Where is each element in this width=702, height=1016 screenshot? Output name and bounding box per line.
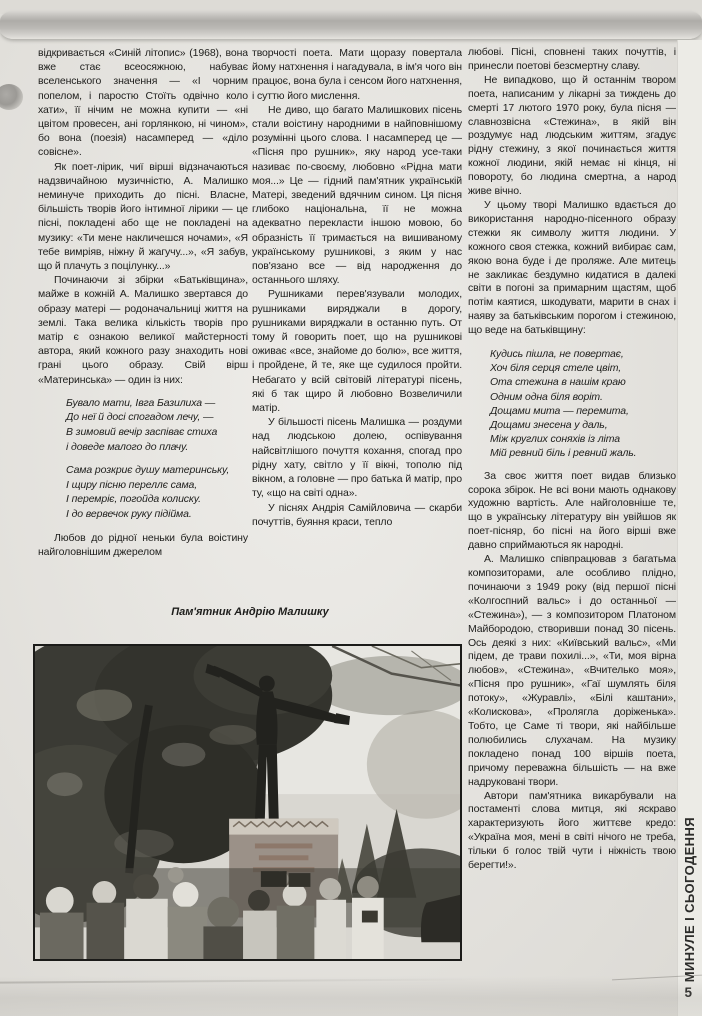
monument-photo xyxy=(33,644,462,961)
paragraph: Не диво, що багато Малишкових пісень ста… xyxy=(252,103,462,288)
paragraph: відкривається «Синій літопис» (1968), во… xyxy=(38,46,248,160)
text-column-3: любові. Пісні, сповнені таких почуттів, … xyxy=(468,46,676,998)
poem-stanza: Сама розкриє душу материнську,І щиру піс… xyxy=(38,463,248,521)
scan-bottom-shadow xyxy=(0,976,702,1016)
scanned-magazine-page: відкривається «Синій літопис» (1968), во… xyxy=(0,0,702,1016)
paragraph: За своє життя поет видав близько сорока … xyxy=(468,470,676,553)
poem-stanza: Кудись пішла, не повертає,Хоч біля серця… xyxy=(468,347,676,461)
paragraph: А. Малишко співпрацював з багатьма компо… xyxy=(468,553,676,789)
paragraph: Не випадково, що й останнім твором поета… xyxy=(468,74,676,199)
text-column-2: творчості поета. Мати щоразу повертала й… xyxy=(252,46,462,602)
section-tab: МИНУЛЕ І СЬОГОДЕННЯ xyxy=(679,825,699,975)
paragraph: творчості поета. Мати щоразу повертала й… xyxy=(252,46,462,103)
paragraph: Починаючи зі збірки «Батьківщина», майже… xyxy=(38,273,248,387)
monument-photo-illustration xyxy=(35,646,460,959)
photo-caption: Пам'ятник Андрію Малишку xyxy=(38,606,462,618)
paragraph: Рушниками перев'язували молодих, рушника… xyxy=(252,287,462,415)
paragraph: любові. Пісні, сповнені таких почуттів, … xyxy=(468,46,676,74)
paragraph: Як поет-лірик, чиї вірші відзначаються н… xyxy=(38,160,248,274)
paragraph: Автори пам'ятника викарбували на постаме… xyxy=(468,790,676,873)
paragraph: У піснях Андрія Самійловича — скарби поч… xyxy=(252,501,462,529)
text-column-1: відкривається «Синій літопис» (1968), во… xyxy=(38,46,248,602)
paragraph: У більшості пісень Малишка — роздуми над… xyxy=(252,415,462,500)
paragraph: У цьому творі Малишко вдається до викори… xyxy=(468,199,676,338)
poem-stanza: Бувало мати, Івга Базилиха —До неї й дос… xyxy=(38,396,248,454)
binding-hole-mark xyxy=(0,84,23,110)
section-tab-label: МИНУЛЕ І СЬОГОДЕННЯ xyxy=(682,817,697,982)
paragraph: Любов до рідної неньки була воістину най… xyxy=(38,531,248,559)
page-curl-shadow xyxy=(0,11,702,39)
